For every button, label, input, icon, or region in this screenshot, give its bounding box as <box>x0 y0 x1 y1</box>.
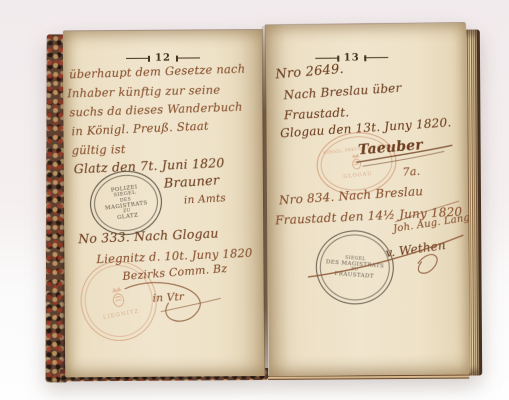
left-page: 12 überhaupt dem Gesetze nach Inhaber kü… <box>63 30 265 377</box>
crowned-eagle-crest-icon <box>105 283 131 313</box>
handwritten-line: in Königl. Preuß. Staat <box>71 119 209 139</box>
handwritten-note: in Amts <box>184 192 227 206</box>
handwritten-signature: Bezirks Comm. Bz <box>122 262 228 283</box>
handwritten-line: Inhaber künftig zur seine <box>67 83 220 101</box>
right-page: 13 Nro 2649. Nach Breslau über Fraustadt… <box>265 23 470 376</box>
handwritten-note: 7a. <box>402 165 420 179</box>
stamp-text: MAGISTRATS <box>105 200 148 212</box>
handwritten-entry-number: Nro 2649. <box>275 62 345 83</box>
stamp-label: GLOGAU <box>343 172 373 181</box>
photo-open-wanderbuch: 12 überhaupt dem Gesetze nach Inhaber kü… <box>0 0 509 400</box>
handwritten-line: überhaupt dem Gesetze nach <box>69 62 246 82</box>
page-number: 13 <box>344 52 360 63</box>
header-ornament <box>365 57 389 59</box>
handwritten-line: No 333. Nach Glogau <box>78 225 219 246</box>
stamp-text: GLATZ <box>117 212 139 221</box>
header-ornament <box>176 57 200 59</box>
handwritten-signature: v. Wethen <box>385 238 447 260</box>
handwritten-line: gültig ist <box>71 142 125 157</box>
stamp-label: LIEGNITZ <box>103 308 140 321</box>
handwritten-line: Fraustadt. <box>284 105 350 122</box>
stamp-text: POLIZEI <box>110 184 137 194</box>
stamp-text: FRAUSTADT <box>334 271 374 280</box>
stamp-text: ZU <box>123 208 131 214</box>
stamp-text: SIEGEL <box>345 256 366 263</box>
page-number-header-right: 13 <box>251 51 452 64</box>
stamp-text: ZU <box>351 267 359 273</box>
header-ornament <box>315 57 339 59</box>
open-book: 12 überhaupt dem Gesetze nach Inhaber kü… <box>45 22 479 383</box>
handwritten-line: Liegnitz d. 10t. Juny 1820 <box>96 246 253 267</box>
stamp-text: DES MAGISTRATS <box>326 259 385 270</box>
handwritten-line: suchs da dieses Wanderbuch <box>69 100 243 120</box>
stamp-text: SIEGEL <box>113 191 136 199</box>
handwritten-signature: Brauner <box>163 173 219 191</box>
fraustadt-ink-stamp: SIEGEL DES MAGISTRATS ZU FRAUSTADT <box>313 228 396 308</box>
handwritten-date-line: Glatz den 7t. Juni 1820 <box>73 155 224 176</box>
handwritten-line: Nach Breslau über <box>283 81 402 103</box>
page-number: 12 <box>155 53 171 64</box>
handwritten-note: in Vtr <box>152 291 184 305</box>
header-ornament <box>126 58 150 60</box>
stamp-text: DES <box>120 197 132 203</box>
